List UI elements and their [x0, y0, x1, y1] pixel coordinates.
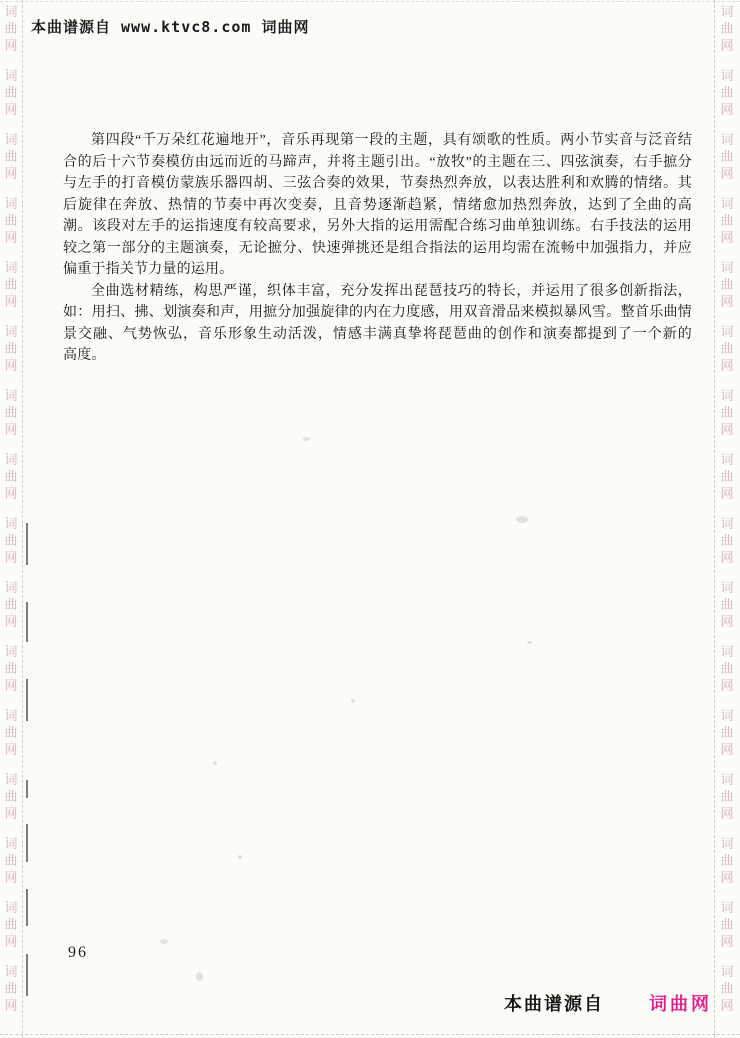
watermark-char: 网	[4, 869, 17, 886]
scan-mark-segment	[26, 602, 28, 642]
watermark-group: 词曲网	[4, 515, 17, 566]
watermark-char: 网	[4, 805, 17, 822]
watermark-group: 词曲网	[720, 707, 733, 758]
body-text: 第四段“千万朵红花遍地开”，音乐再现第一段的主题，具有颂歌的性质。两小节实音与泛…	[63, 130, 692, 367]
watermark-char: 曲	[720, 724, 733, 741]
watermark-char: 网	[720, 357, 733, 374]
watermark-char: 词	[4, 643, 17, 660]
watermark-group: 词曲网	[4, 579, 17, 630]
watermark-char: 词	[4, 771, 17, 788]
watermark-char: 网	[4, 293, 17, 310]
watermark-char: 网	[4, 165, 17, 182]
watermark-char: 词	[4, 387, 17, 404]
watermark-char: 曲	[4, 980, 17, 997]
watermark-char: 网	[4, 741, 17, 758]
watermark-group: 词曲网	[720, 131, 733, 182]
text-line: 第四段“千万朵红花遍地开”，音乐再现第一段的主题，具有颂歌的性质。两小节实音与泛…	[63, 130, 692, 152]
watermark-group: 词曲网	[4, 323, 17, 374]
scan-speck	[213, 761, 217, 765]
watermark-group: 词曲网	[4, 3, 17, 54]
watermark-char: 曲	[4, 596, 17, 613]
watermark-char: 词	[720, 387, 733, 404]
watermark-char: 网	[720, 293, 733, 310]
watermark-group: 词曲网	[720, 643, 733, 694]
watermark-char: 网	[4, 229, 17, 246]
fold-line-left	[22, 0, 23, 1038]
scan-mark-segment	[26, 954, 28, 996]
watermark-char: 词	[4, 451, 17, 468]
scan-speck	[196, 972, 203, 981]
watermark-char: 词	[720, 643, 733, 660]
watermark-char: 曲	[720, 276, 733, 293]
watermark-char: 词	[720, 899, 733, 916]
watermark-char: 曲	[720, 916, 733, 933]
page-number: 96	[68, 944, 88, 962]
watermark-group: 词曲网	[4, 387, 17, 438]
watermark-char: 词	[4, 899, 17, 916]
watermark-char: 曲	[720, 788, 733, 805]
watermark-char: 曲	[4, 84, 17, 101]
watermark-group: 词曲网	[720, 963, 733, 1014]
watermark-char: 曲	[4, 788, 17, 805]
watermark-char: 网	[720, 741, 733, 758]
watermark-group: 词曲网	[4, 195, 17, 246]
watermark-char: 曲	[4, 916, 17, 933]
text-line: 较之第一部分的主题演奏，无论摭分、快速弹挑还是组合指法的运用均需在流畅中加强指力…	[63, 238, 692, 260]
watermark-group: 词曲网	[4, 835, 17, 886]
watermark-char: 曲	[720, 340, 733, 357]
text-line: 景交融、气势恢弘，音乐形象生动活泼，情感丰满真挚将琵琶曲的创作和演奏都提到了一个…	[63, 324, 692, 346]
watermark-group: 词曲网	[4, 643, 17, 694]
watermark-char: 词	[720, 259, 733, 276]
watermark-char: 词	[4, 515, 17, 532]
scan-mark-segment	[26, 679, 28, 721]
watermark-char: 网	[720, 869, 733, 886]
watermark-char: 曲	[4, 724, 17, 741]
text-line: 后旋律在奔放、热情的节奏中再次变奏，且音势逐渐趋紧，情绪愈加热烈奔放，达到了全曲…	[63, 195, 692, 217]
watermark-char: 曲	[4, 660, 17, 677]
watermark-char: 词	[4, 67, 17, 84]
watermark-char: 词	[4, 195, 17, 212]
watermark-char: 网	[4, 37, 17, 54]
watermark-char: 网	[720, 229, 733, 246]
watermark-char: 曲	[4, 404, 17, 421]
watermark-char: 词	[720, 579, 733, 596]
side-watermark-right: 词曲网词曲网词曲网词曲网词曲网词曲网词曲网词曲网词曲网词曲网词曲网词曲网词曲网词…	[719, 3, 735, 1027]
watermark-char: 曲	[720, 404, 733, 421]
watermark-char: 曲	[4, 212, 17, 229]
watermark-char: 网	[4, 933, 17, 950]
watermark-char: 词	[720, 3, 733, 20]
watermark-group: 词曲网	[4, 67, 17, 118]
watermark-char: 曲	[720, 980, 733, 997]
watermark-char: 词	[720, 515, 733, 532]
scan-speck	[351, 699, 355, 703]
watermark-char: 曲	[4, 468, 17, 485]
watermark-char: 词	[4, 3, 17, 20]
scan-speck	[527, 641, 532, 644]
watermark-char: 网	[4, 485, 17, 502]
watermark-group: 词曲网	[720, 3, 733, 54]
watermark-group: 词曲网	[4, 771, 17, 822]
watermark-group: 词曲网	[720, 195, 733, 246]
watermark-char: 曲	[4, 276, 17, 293]
watermark-char: 网	[4, 997, 17, 1014]
watermark-char: 曲	[720, 84, 733, 101]
watermark-char: 曲	[4, 20, 17, 37]
watermark-group: 词曲网	[4, 451, 17, 502]
watermark-char: 词	[4, 323, 17, 340]
fold-line-right	[714, 0, 715, 1038]
text-line: 潮。该段对左手的运指速度有较高要求，另外大指的运用需配合练习曲单独训练。右手技法…	[63, 216, 692, 238]
watermark-char: 曲	[4, 148, 17, 165]
watermark-char: 网	[720, 997, 733, 1014]
watermark-char: 网	[4, 549, 17, 566]
watermark-group: 词曲网	[720, 771, 733, 822]
watermark-char: 曲	[720, 532, 733, 549]
watermark-char: 词	[720, 131, 733, 148]
footer-source-label: 本曲谱源自	[504, 990, 604, 1016]
text-line: 与左手的打音模仿蒙族乐器四胡、三弦合奏的效果，节奏热烈奔放，以表达胜利和欢腾的情…	[63, 173, 692, 195]
watermark-char: 网	[4, 357, 17, 374]
watermark-char: 网	[720, 805, 733, 822]
watermark-group: 词曲网	[720, 579, 733, 630]
watermark-group: 词曲网	[720, 323, 733, 374]
watermark-group: 词曲网	[720, 835, 733, 886]
scanned-page: 词曲网词曲网词曲网词曲网词曲网词曲网词曲网词曲网词曲网词曲网词曲网词曲网词曲网词…	[0, 0, 740, 1038]
watermark-char: 网	[4, 421, 17, 438]
watermark-group: 词曲网	[720, 259, 733, 310]
header-watermark: 本曲谱源自 www.ktvc8.com 词曲网	[31, 16, 309, 37]
watermark-char: 网	[720, 677, 733, 694]
watermark-char: 网	[720, 933, 733, 950]
scan-mark-segment	[26, 523, 28, 565]
watermark-char: 网	[720, 613, 733, 630]
watermark-char: 词	[4, 579, 17, 596]
footer-site-label: 词曲网	[649, 990, 712, 1016]
watermark-group: 词曲网	[720, 387, 733, 438]
side-watermark-left: 词曲网词曲网词曲网词曲网词曲网词曲网词曲网词曲网词曲网词曲网词曲网词曲网词曲网词…	[3, 3, 19, 1027]
text-line: 合的后十六节奏模仿由远而近的马蹄声，并将主题引出。“放牧”的主题在三、四弦演奏，…	[63, 152, 692, 174]
watermark-group: 词曲网	[720, 67, 733, 118]
watermark-char: 网	[720, 37, 733, 54]
watermark-char: 词	[4, 131, 17, 148]
watermark-char: 网	[720, 549, 733, 566]
watermark-char: 词	[720, 451, 733, 468]
scan-speck	[516, 516, 528, 523]
watermark-group: 词曲网	[4, 131, 17, 182]
watermark-char: 词	[720, 771, 733, 788]
watermark-char: 网	[720, 421, 733, 438]
watermark-char: 曲	[720, 212, 733, 229]
scan-mark-segment	[26, 824, 28, 862]
watermark-char: 曲	[4, 852, 17, 869]
watermark-group: 词曲网	[720, 899, 733, 950]
watermark-char: 词	[720, 195, 733, 212]
watermark-char: 曲	[720, 148, 733, 165]
text-line: 如：用扫、拂、划演奏和声，用摭分加强旋律的内在力度感，用双音滑品来模拟暴风雪。整…	[63, 302, 692, 324]
watermark-char: 网	[4, 677, 17, 694]
watermark-char: 词	[720, 707, 733, 724]
text-line: 偏重于指关节力量的运用。	[63, 259, 692, 281]
watermark-char: 词	[4, 963, 17, 980]
scan-edge-bottom	[0, 1034, 740, 1035]
watermark-group: 词曲网	[4, 259, 17, 310]
watermark-char: 曲	[720, 468, 733, 485]
watermark-group: 词曲网	[4, 899, 17, 950]
watermark-char: 曲	[720, 660, 733, 677]
scan-speck	[238, 855, 242, 859]
watermark-char: 曲	[4, 532, 17, 549]
watermark-char: 曲	[720, 20, 733, 37]
watermark-char: 词	[720, 963, 733, 980]
watermark-char: 曲	[720, 852, 733, 869]
watermark-group: 词曲网	[4, 707, 17, 758]
watermark-char: 词	[4, 259, 17, 276]
watermark-char: 词	[720, 835, 733, 852]
watermark-group: 词曲网	[4, 963, 17, 1014]
watermark-char: 网	[720, 101, 733, 118]
watermark-group: 词曲网	[720, 451, 733, 502]
watermark-char: 词	[4, 707, 17, 724]
text-line: 高度。	[63, 345, 692, 367]
scan-mark-segment	[26, 889, 28, 926]
watermark-char: 网	[4, 101, 17, 118]
watermark-char: 词	[720, 323, 733, 340]
scan-speck	[303, 437, 310, 441]
watermark-char: 词	[4, 835, 17, 852]
watermark-char: 曲	[4, 340, 17, 357]
watermark-char: 网	[720, 485, 733, 502]
scan-speck	[160, 939, 168, 944]
scan-edge-top	[0, 1, 740, 2]
watermark-char: 网	[4, 613, 17, 630]
watermark-char: 曲	[720, 596, 733, 613]
watermark-group: 词曲网	[720, 515, 733, 566]
text-line: 全曲选材精练，构思严谨，织体丰富，充分发挥出琵琶技巧的特长，并运用了很多创新指法…	[63, 281, 692, 303]
watermark-char: 词	[720, 67, 733, 84]
watermark-char: 网	[720, 165, 733, 182]
scan-mark-segment	[26, 780, 28, 798]
